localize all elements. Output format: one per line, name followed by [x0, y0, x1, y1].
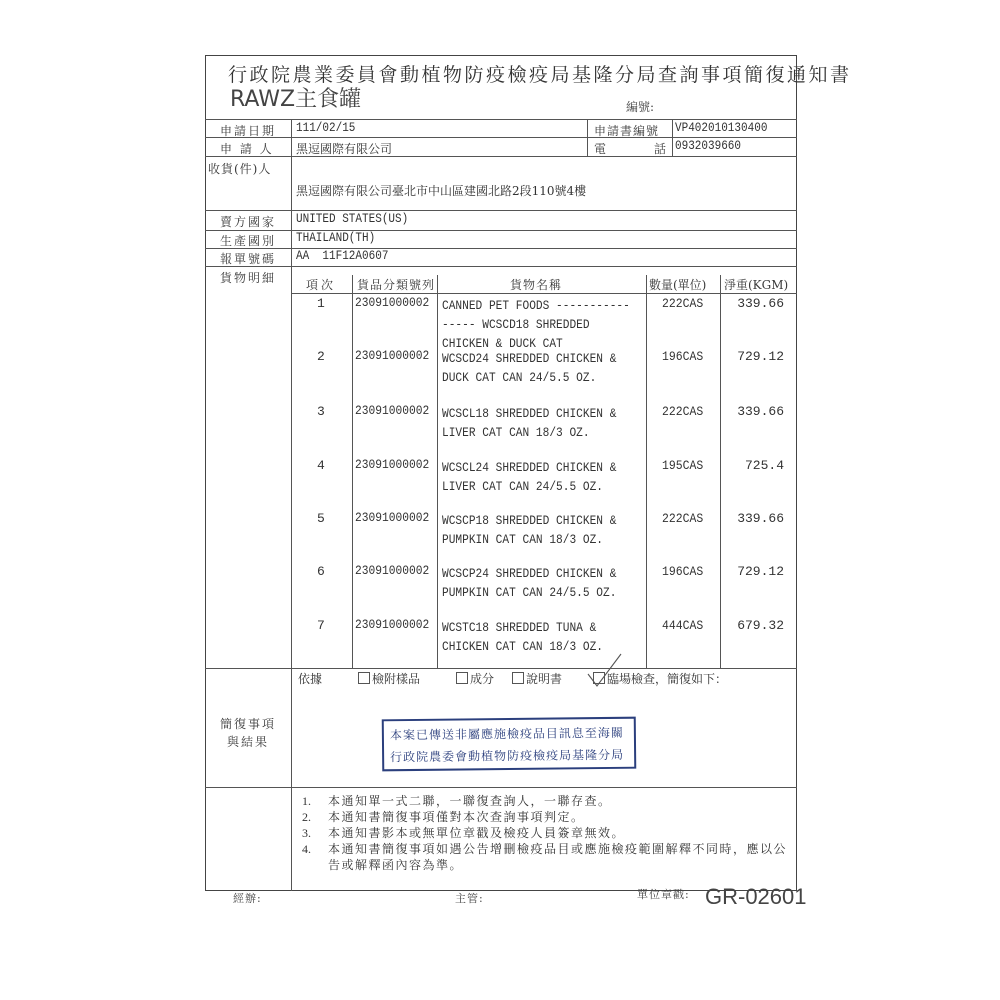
divider — [205, 248, 797, 249]
note-item: 3.本通知書影本或無單位章戳及檢疫人員簽章無效。 — [302, 825, 798, 841]
item-net-weight: 339.66 — [737, 296, 784, 311]
applicant: 黑逗國際有限公司 — [296, 140, 392, 157]
divider — [720, 275, 721, 668]
item-name: CANNED PET FOODS ----------- ----- WCSCD… — [442, 296, 630, 353]
divider — [205, 156, 797, 157]
divider — [205, 787, 797, 788]
notes-list: 1.本通知單一式二聯，一聯復查詢人，一聯存查。 2.本通知書簡復事項僅對本次查詢… — [302, 793, 798, 873]
option-label: 成分 — [470, 672, 494, 686]
consignee: 黑逗國際有限公司臺北市中山區建國北路2段110號4樓 — [296, 182, 586, 199]
goods-detail-label: 貨物明細 — [220, 269, 276, 286]
item-net-weight: 729.12 — [737, 564, 784, 579]
option-ingredients[interactable]: 成分 — [456, 670, 494, 687]
application-date-label: 申請日期 — [220, 122, 276, 139]
note-item: 2.本通知書簡復事項僅對本次查詢事項判定。 — [302, 809, 798, 825]
divider — [437, 275, 438, 668]
item-hs-code: 23091000002 — [355, 458, 429, 472]
note-item: 1.本通知單一式二聯，一聯復查詢人，一聯存查。 — [302, 793, 798, 809]
item-name: WCSCL24 SHREDDED CHICKEN & LIVER CAT CAN… — [442, 458, 616, 496]
option-label: 檢附樣品 — [372, 672, 420, 686]
option-label: 說明書 — [526, 672, 562, 686]
item-net-weight: 725.4 — [745, 458, 784, 473]
item-name: WCSCP18 SHREDDED CHICKEN & PUMPKIN CAT C… — [442, 511, 616, 549]
checkbox[interactable] — [358, 672, 370, 684]
option-label: 臨場檢查，簡復如下： — [607, 672, 727, 686]
divider — [646, 275, 647, 668]
option-manual[interactable]: 說明書 — [512, 670, 562, 687]
item-quantity: 222CAS — [662, 511, 703, 526]
serial-number-label: 編號: — [626, 98, 654, 115]
item-quantity: 195CAS — [662, 458, 703, 473]
col-net-weight: 淨重(KGM) — [724, 276, 788, 293]
item-hs-code: 23091000002 — [355, 349, 429, 363]
item-quantity: 196CAS — [662, 349, 703, 364]
item-quantity: 196CAS — [662, 564, 703, 579]
application-date: 111/02/15 — [296, 121, 355, 135]
phone-label-2: 話 — [654, 140, 668, 157]
supervisor-label: 主管: — [455, 890, 484, 906]
item-name: WCSCD24 SHREDDED CHICKEN & DUCK CAT CAN … — [442, 349, 616, 387]
item-no: 5 — [317, 511, 325, 526]
col-hs-code: 貨品分類號列 — [357, 276, 435, 293]
divider — [587, 119, 588, 156]
option-sample[interactable]: 檢附樣品 — [358, 670, 420, 687]
item-hs-code: 23091000002 — [355, 564, 429, 578]
item-no: 1 — [317, 296, 325, 311]
applicant-label: 申 請 人 — [220, 140, 274, 157]
item-quantity: 222CAS — [662, 404, 703, 419]
col-goods-name: 貨物名稱 — [510, 276, 562, 293]
phone: 0932039660 — [675, 139, 741, 153]
consignee-label: 收貨(件)人 — [208, 160, 271, 177]
stamp-line1: 本案已傳送非屬應施檢疫品目訊息至海關 — [390, 722, 628, 746]
basis-label: 依據 — [298, 670, 322, 687]
item-net-weight: 729.12 — [737, 349, 784, 364]
item-quantity: 444CAS — [662, 618, 703, 633]
item-net-weight: 339.66 — [737, 404, 784, 419]
seller-country-label: 賣方國家 — [220, 213, 276, 230]
item-hs-code: 23091000002 — [355, 296, 429, 310]
item-net-weight: 339.66 — [737, 511, 784, 526]
item-net-weight: 679.32 — [737, 618, 784, 633]
application-no-label: 申請書編號 — [594, 122, 659, 139]
item-hs-code: 23091000002 — [355, 618, 429, 632]
unit-seal-label: 單位章戳: — [637, 886, 690, 902]
declaration-no: AA 11F12A0607 — [296, 249, 388, 263]
application-no: VP402010130400 — [675, 121, 767, 135]
divider — [291, 119, 292, 891]
inspection-stamp: 本案已傳送非屬應施檢疫品目訊息至海關 行政院農委會動植物防疫檢疫局基隆分局 — [382, 717, 637, 772]
checkbox[interactable] — [456, 672, 468, 684]
phone-label: 電 — [594, 140, 608, 157]
checkbox[interactable] — [512, 672, 524, 684]
divider — [352, 275, 353, 668]
results-label-line1: 簡復事項 — [220, 715, 276, 732]
product-name: RAWZ主食罐 — [230, 82, 361, 113]
document-code: GR-02601 — [705, 884, 807, 910]
item-no: 6 — [317, 564, 325, 579]
handler-label: 經辦: — [233, 890, 262, 906]
item-no: 7 — [317, 618, 325, 633]
item-name: WCSCP24 SHREDDED CHICKEN & PUMPKIN CAT C… — [442, 564, 616, 602]
divider — [291, 293, 797, 294]
note-item: 4.本通知書簡復事項如遇公告增刪檢疫品目或應施檢疫範圍解釋不同時，應以公告或解釋… — [302, 841, 798, 873]
item-hs-code: 23091000002 — [355, 404, 429, 418]
origin-country-label: 生產國別 — [220, 232, 276, 249]
check-mark-icon — [585, 652, 625, 692]
col-item-no: 項次 — [306, 276, 336, 293]
divider — [205, 266, 797, 267]
item-quantity: 222CAS — [662, 296, 703, 311]
origin-country: THAILAND(TH) — [296, 231, 375, 245]
divider — [205, 668, 797, 669]
divider — [205, 210, 797, 211]
results-label-line2: 與結果 — [227, 733, 269, 750]
item-hs-code: 23091000002 — [355, 511, 429, 525]
divider — [205, 137, 797, 138]
declaration-no-label: 報單號碼 — [220, 250, 276, 267]
item-name: WCSTC18 SHREDDED TUNA & CHICKEN CAT CAN … — [442, 618, 603, 656]
seller-country: UNITED STATES(US) — [296, 212, 408, 226]
divider — [672, 119, 673, 156]
item-name: WCSCL18 SHREDDED CHICKEN & LIVER CAT CAN… — [442, 404, 616, 442]
item-no: 2 — [317, 349, 325, 364]
col-quantity: 數量(單位) — [649, 276, 706, 293]
stamp-line2: 行政院農委會動植物防疫檢疫局基隆分局 — [390, 744, 628, 768]
item-no: 4 — [317, 458, 325, 473]
divider — [205, 119, 797, 120]
divider — [205, 230, 797, 231]
item-no: 3 — [317, 404, 325, 419]
